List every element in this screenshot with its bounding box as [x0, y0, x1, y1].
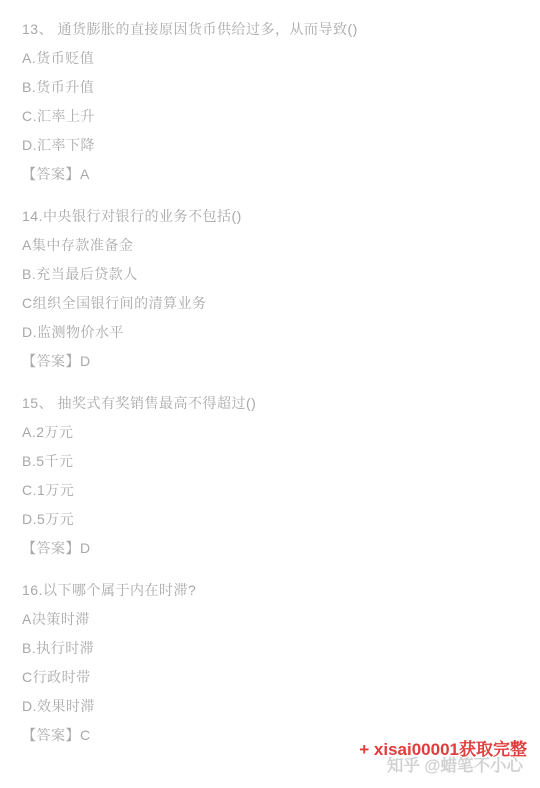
question-title: 16.以下哪个属于内在时滞? [22, 582, 520, 598]
question-block-16: 16.以下哪个属于内在时滞? A决策时滞 B.执行时滞 C行政时带 D.效果时滞… [22, 582, 520, 743]
question-title: 14.中央银行对银行的业务不包括() [22, 208, 520, 224]
question-option-b: B.执行时滞 [22, 640, 520, 656]
question-option-d: D.汇率下降 [22, 137, 520, 153]
question-option-c: C.1万元 [22, 482, 520, 498]
question-answer: 【答案】D [22, 353, 520, 369]
question-option-d: D.监测物价水平 [22, 324, 520, 340]
question-option-c: C组织全国银行间的清算业务 [22, 295, 520, 311]
article-page: 13、 通货膨胀的直接原因货币供给过多，从而导致() A.货币贬值 B.货币升值… [0, 0, 540, 788]
question-option-a: A集中存款准备金 [22, 237, 520, 253]
question-block-14: 14.中央银行对银行的业务不包括() A集中存款准备金 B.充当最后贷款人 C组… [22, 208, 520, 369]
question-option-d: D.效果时滞 [22, 698, 520, 714]
question-option-d: D.5万元 [22, 511, 520, 527]
question-list: 13、 通货膨胀的直接原因货币供给过多，从而导致() A.货币贬值 B.货币升值… [0, 0, 540, 743]
question-option-b: B.充当最后贷款人 [22, 266, 520, 282]
question-block-13: 13、 通货膨胀的直接原因货币供给过多，从而导致() A.货币贬值 B.货币升值… [22, 21, 520, 182]
question-option-c: C.汇率上升 [22, 108, 520, 124]
question-option-b: B.5千元 [22, 453, 520, 469]
question-option-a: A.货币贬值 [22, 50, 520, 66]
question-answer: 【答案】D [22, 540, 520, 556]
question-answer: 【答案】A [22, 166, 520, 182]
question-option-a: A决策时滞 [22, 611, 520, 627]
question-option-c: C行政时带 [22, 669, 520, 685]
question-title: 13、 通货膨胀的直接原因货币供给过多，从而导致() [22, 21, 520, 37]
question-block-15: 15、 抽奖式有奖销售最高不得超过() A.2万元 B.5千元 C.1万元 D.… [22, 395, 520, 556]
question-option-b: B.货币升值 [22, 79, 520, 95]
question-option-a: A.2万元 [22, 424, 520, 440]
promo-contact-text: + xisai00001获取完整 [359, 740, 527, 759]
question-title: 15、 抽奖式有奖销售最高不得超过() [22, 395, 520, 411]
zhihu-watermark: 知乎 @蜡笔不小心 [387, 757, 523, 776]
